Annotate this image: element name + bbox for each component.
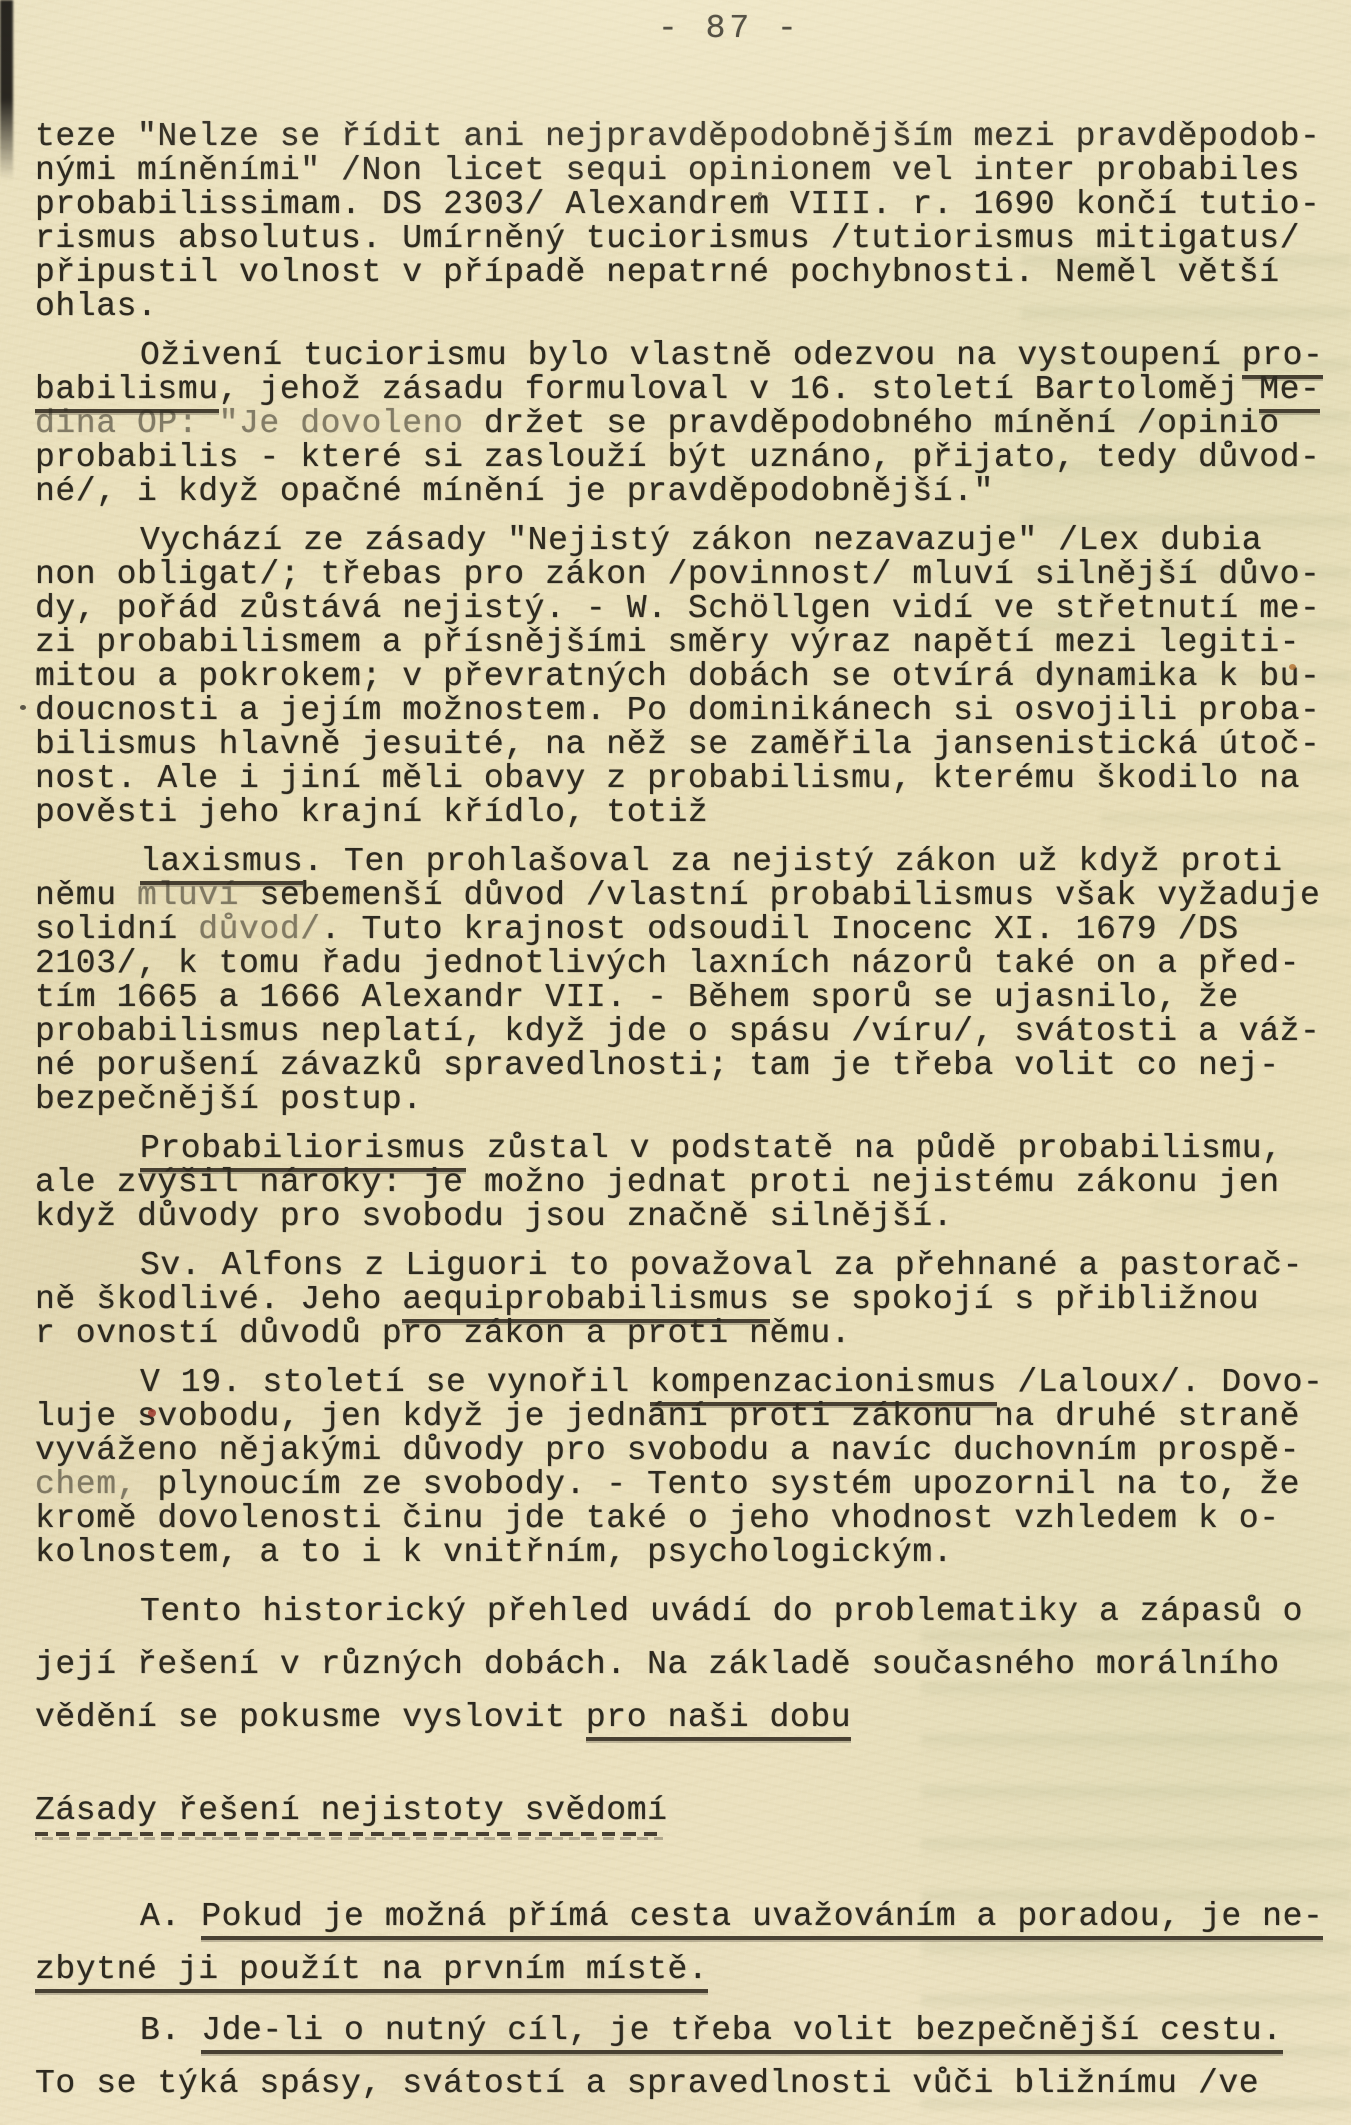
page-number: - 87 - — [658, 10, 801, 47]
text-segment: němu — [35, 877, 137, 914]
heading-underline-dashes — [35, 1832, 663, 1840]
paragraph-alfons-liguori: Sv. Alfons z Liguori to považoval za pře… — [35, 1249, 1330, 1351]
paragraph-probabiliorismus: Probabiliorismus zůstal v podstatě na pů… — [35, 1132, 1330, 1234]
text-line: nými míněními" /Non licet sequi opinione… — [35, 154, 1330, 188]
text-line: ně škodlivé. Jeho aequiprobabilismus se … — [35, 1283, 1330, 1317]
text-line: B. Jde-li o nutný cíl, je třeba volit be… — [35, 2004, 1330, 2057]
principle-b: B. Jde-li o nutný cíl, je třeba volit be… — [35, 2004, 1330, 2110]
text-segment: připustil volnost v případě nepatrné poc… — [35, 254, 1280, 291]
text-line: kromě dovolenosti činu jde také o jeho v… — [35, 1502, 1330, 1536]
text-segment: probabilissimam. DS 2303/ Alexandrem VII… — [35, 186, 1320, 223]
text-segment: né porušení závazků spravedlnosti; tam j… — [35, 1047, 1280, 1084]
text-segment: dy, pořád zůstává nejistý. - W. Schöllge… — [35, 590, 1320, 627]
paragraph-lex-dubia: Vychází ze zásady "Nejistý zákon nezavaz… — [35, 524, 1330, 830]
text-segment: . Ten prohlašoval za nejistý zákon už kd… — [303, 843, 1282, 880]
text-segment: držet se pravděpodobného mínění /opinio — [463, 405, 1279, 442]
text-line: Oživení tuciorismu bylo vlastně odezvou … — [35, 339, 1330, 373]
ink-fleck — [758, 192, 762, 196]
text-line: dina OP: "Je dovoleno držet se pravděpod… — [35, 407, 1330, 441]
text-line: kolnostem, a to i k vnitřním, psychologi… — [35, 1536, 1330, 1570]
text-line: její řešení v různých dobách. Na základě… — [35, 1638, 1330, 1691]
text-segment: bilismus hlavně jesuité, na něž se zaměř… — [35, 726, 1320, 763]
text-segment: 2103/, k tomu řadu jednotlivých laxních … — [35, 945, 1300, 982]
text-line: tím 1665 a 1666 Alexandr VII. - Během sp… — [35, 981, 1330, 1015]
text-segment: /Laloux/. Dovo- — [997, 1364, 1323, 1401]
text-segment: mluví — [137, 877, 239, 914]
text-segment: ohlas. — [35, 288, 157, 325]
text-segment: né/, i když opačné mínění je pravděpodob… — [35, 473, 994, 510]
text-segment: doucnosti a jejím možnostem. Po dominiká… — [35, 692, 1320, 729]
text-segment: bezpečnější postup. — [35, 1081, 423, 1118]
text-line: né/, i když opačné mínění je pravděpodob… — [35, 475, 1330, 509]
text-segment: Oživení tuciorismu bylo vlastně odezvou … — [140, 337, 1242, 374]
text-segment: Vychází ze zásady "Nejistý zákon nezavaz… — [140, 522, 1262, 559]
text-line: vědění se pokusme vyslovit pro naši dobu — [35, 1691, 1330, 1744]
text-line: chem, plynoucím ze svobody. - Tento syst… — [35, 1468, 1330, 1502]
scanned-document-page: - 87 - teze "Nelze se řídit ani nejpravd… — [0, 0, 1351, 2125]
text-line: luje svobodu, jen když je jednání proti … — [35, 1400, 1330, 1434]
section-heading: Zásady řešení nejistoty svědomí — [35, 1794, 1330, 1828]
ink-fleck — [148, 1409, 156, 1417]
paragraph-probabilism-medina: Oživení tuciorismu bylo vlastně odezvou … — [35, 339, 1330, 509]
text-line: Probabiliorismus zůstal v podstatě na pů… — [35, 1132, 1330, 1166]
paragraph-tutiorism: teze "Nelze se řídit ani nejpravděpodobn… — [35, 120, 1330, 324]
text-line: probabilismus neplatí, když jde o spásu … — [35, 1015, 1330, 1049]
text-line: 2103/, k tomu řadu jednotlivých laxních … — [35, 947, 1330, 981]
text-line: solidní důvod/. Tuto krajnost odsoudil I… — [35, 913, 1330, 947]
text-segment: ale zvýšil nároky: je možno jednat proti… — [35, 1164, 1280, 1201]
text-segment: její řešení v různých dobách. Na základě… — [35, 1646, 1280, 1683]
text-segment: teze "Nelze se řídit ani nejpravděpodobn… — [35, 118, 1320, 155]
text-segment: r ovností důvodů pro zákon a proti němu. — [35, 1315, 851, 1352]
text-line: zi probabilismem a přísnějšími směry výr… — [35, 626, 1330, 660]
text-line: připustil volnost v případě nepatrné poc… — [35, 256, 1330, 290]
text-segment: non obligat/; třebas pro zákon /povinnos… — [35, 556, 1320, 593]
text-segment: nými míněními" /Non licet sequi opinione… — [35, 152, 1300, 189]
text-segment: dina OP: "Je dovoleno — [35, 405, 463, 442]
text-segment: A. — [140, 1898, 201, 1935]
text-segment: zůstal v podstatě na půdě probabilismu, — [466, 1130, 1282, 1167]
text-line: Vychází ze zásady "Nejistý zákon nezavaz… — [35, 524, 1330, 558]
text-line: bezpečnější postup. — [35, 1083, 1330, 1117]
text-segment: vyváženo nějakými důvody pro svobodu a n… — [35, 1432, 1300, 1469]
ink-fleck — [1289, 664, 1296, 670]
paragraph-historical-summary: Tento historický přehled uvádí do proble… — [35, 1585, 1330, 1744]
document-body: teze "Nelze se řídit ani nejpravděpodobn… — [35, 120, 1330, 2110]
text-line: ale zvýšil nároky: je možno jednat proti… — [35, 1166, 1330, 1200]
underlined-text: Pokud je možná přímá cesta uvažováním a … — [201, 1898, 1323, 1940]
text-line: babilismu, jehož zásadu formuloval v 16.… — [35, 373, 1330, 407]
text-line: non obligat/; třebas pro zákon /povinnos… — [35, 558, 1330, 592]
text-line: r ovností důvodů pro zákon a proti němu. — [35, 1317, 1330, 1351]
text-segment: kromě dovolenosti činu jde také o jeho v… — [35, 1500, 1280, 1537]
text-line: bilismus hlavně jesuité, na něž se zaměř… — [35, 728, 1330, 762]
text-line: Zásady řešení nejistoty svědomí — [35, 1794, 1330, 1828]
text-segment: V 19. století se vynořil — [140, 1364, 650, 1401]
text-line: dy, pořád zůstává nejistý. - W. Schöllge… — [35, 592, 1330, 626]
text-segment: To se týká spásy, svátostí a spravedlnos… — [35, 2065, 1259, 2102]
text-line: ohlas. — [35, 290, 1330, 324]
text-line: němu mluví sebemenší důvod /vlastní prob… — [35, 879, 1330, 913]
scan-edge-artifact — [0, 0, 13, 180]
text-line: V 19. století se vynořil kompenzacionism… — [35, 1366, 1330, 1400]
text-segment: nost. Ale i jiní měli obavy z probabilis… — [35, 760, 1300, 797]
text-line: A. Pokud je možná přímá cesta uvažováním… — [35, 1890, 1330, 1943]
underlined-text: zbytné ji použít na prvním místě. — [35, 1951, 708, 1993]
text-line: pověsti jeho krajní křídlo, totiž — [35, 796, 1330, 830]
text-segment: B. — [140, 2012, 201, 2049]
text-segment: mitou a pokrokem; v převratných dobách s… — [35, 658, 1320, 695]
text-segment: kolnostem, a to i k vnitřním, psychologi… — [35, 1534, 953, 1571]
text-segment: solidní — [35, 911, 198, 948]
text-segment: Zásady řešení nejistoty svědomí — [35, 1792, 668, 1829]
paragraph-laxismus: laxismus. Ten prohlašoval za nejistý zák… — [35, 845, 1330, 1117]
text-segment: plynoucím ze svobody. - Tento systém upo… — [137, 1466, 1300, 1503]
text-segment: probabilis - které si zaslouží být uznán… — [35, 439, 1320, 476]
text-segment: luje svobodu, jen když je jednání proti … — [35, 1398, 1300, 1435]
text-segment: , jehož zásadu formuloval v 16. století … — [219, 371, 1260, 408]
text-segment: probabilismus neplatí, když jde o spásu … — [35, 1013, 1320, 1050]
text-segment: sebemenší důvod /vlastní probabilismus v… — [239, 877, 1320, 914]
text-line: teze "Nelze se řídit ani nejpravděpodobn… — [35, 120, 1330, 154]
text-line: Tento historický přehled uvádí do proble… — [35, 1585, 1330, 1638]
text-line: zbytné ji použít na prvním místě. — [35, 1943, 1330, 1996]
text-line: probabilis - které si zaslouží být uznán… — [35, 441, 1330, 475]
text-line: když důvody pro svobodu jsou značně siln… — [35, 1200, 1330, 1234]
text-segment: důvod/ — [198, 911, 320, 948]
text-line: To se týká spásy, svátostí a spravedlnos… — [35, 2057, 1330, 2110]
text-line: Sv. Alfons z Liguori to považoval za pře… — [35, 1249, 1330, 1283]
text-segment: . Tuto krajnost odsoudil Inocenc XI. 167… — [321, 911, 1239, 948]
text-segment: chem, — [35, 1466, 137, 1503]
text-segment: když důvody pro svobodu jsou značně siln… — [35, 1198, 953, 1235]
text-line: doucnosti a jejím možnostem. Po dominiká… — [35, 694, 1330, 728]
paragraph-kompenzacionismus: V 19. století se vynořil kompenzacionism… — [35, 1366, 1330, 1570]
text-line: laxismus. Ten prohlašoval za nejistý zák… — [35, 845, 1330, 879]
text-segment: pověsti jeho krajní křídlo, totiž — [35, 794, 708, 831]
underlined-text: Jde-li o nutný cíl, je třeba volit bezpe… — [201, 2012, 1282, 2054]
ink-fleck — [20, 705, 26, 710]
text-segment: rismus absolutus. Umírněný tuciorismus /… — [35, 220, 1300, 257]
text-line: né porušení závazků spravedlnosti; tam j… — [35, 1049, 1330, 1083]
text-segment: vědění se pokusme vyslovit — [35, 1699, 586, 1736]
text-segment: Sv. Alfons z Liguori to považoval za pře… — [140, 1247, 1303, 1284]
principle-a: A. Pokud je možná přímá cesta uvažováním… — [35, 1890, 1330, 1996]
text-line: probabilissimam. DS 2303/ Alexandrem VII… — [35, 188, 1330, 222]
text-line: mitou a pokrokem; v převratných dobách s… — [35, 660, 1330, 694]
text-segment: zi probabilismem a přísnějšími směry výr… — [35, 624, 1300, 661]
text-segment: tím 1665 a 1666 Alexandr VII. - Během sp… — [35, 979, 1239, 1016]
underlined-text: pro naši dobu — [586, 1699, 851, 1741]
text-line: rismus absolutus. Umírněný tuciorismus /… — [35, 222, 1330, 256]
text-segment: se spokojí s přibližnou — [770, 1281, 1260, 1318]
text-line: vyváženo nějakými důvody pro svobodu a n… — [35, 1434, 1330, 1468]
text-line: nost. Ale i jiní měli obavy z probabilis… — [35, 762, 1330, 796]
text-segment: Tento historický přehled uvádí do proble… — [140, 1593, 1303, 1630]
text-segment: ně škodlivé. Jeho — [35, 1281, 402, 1318]
